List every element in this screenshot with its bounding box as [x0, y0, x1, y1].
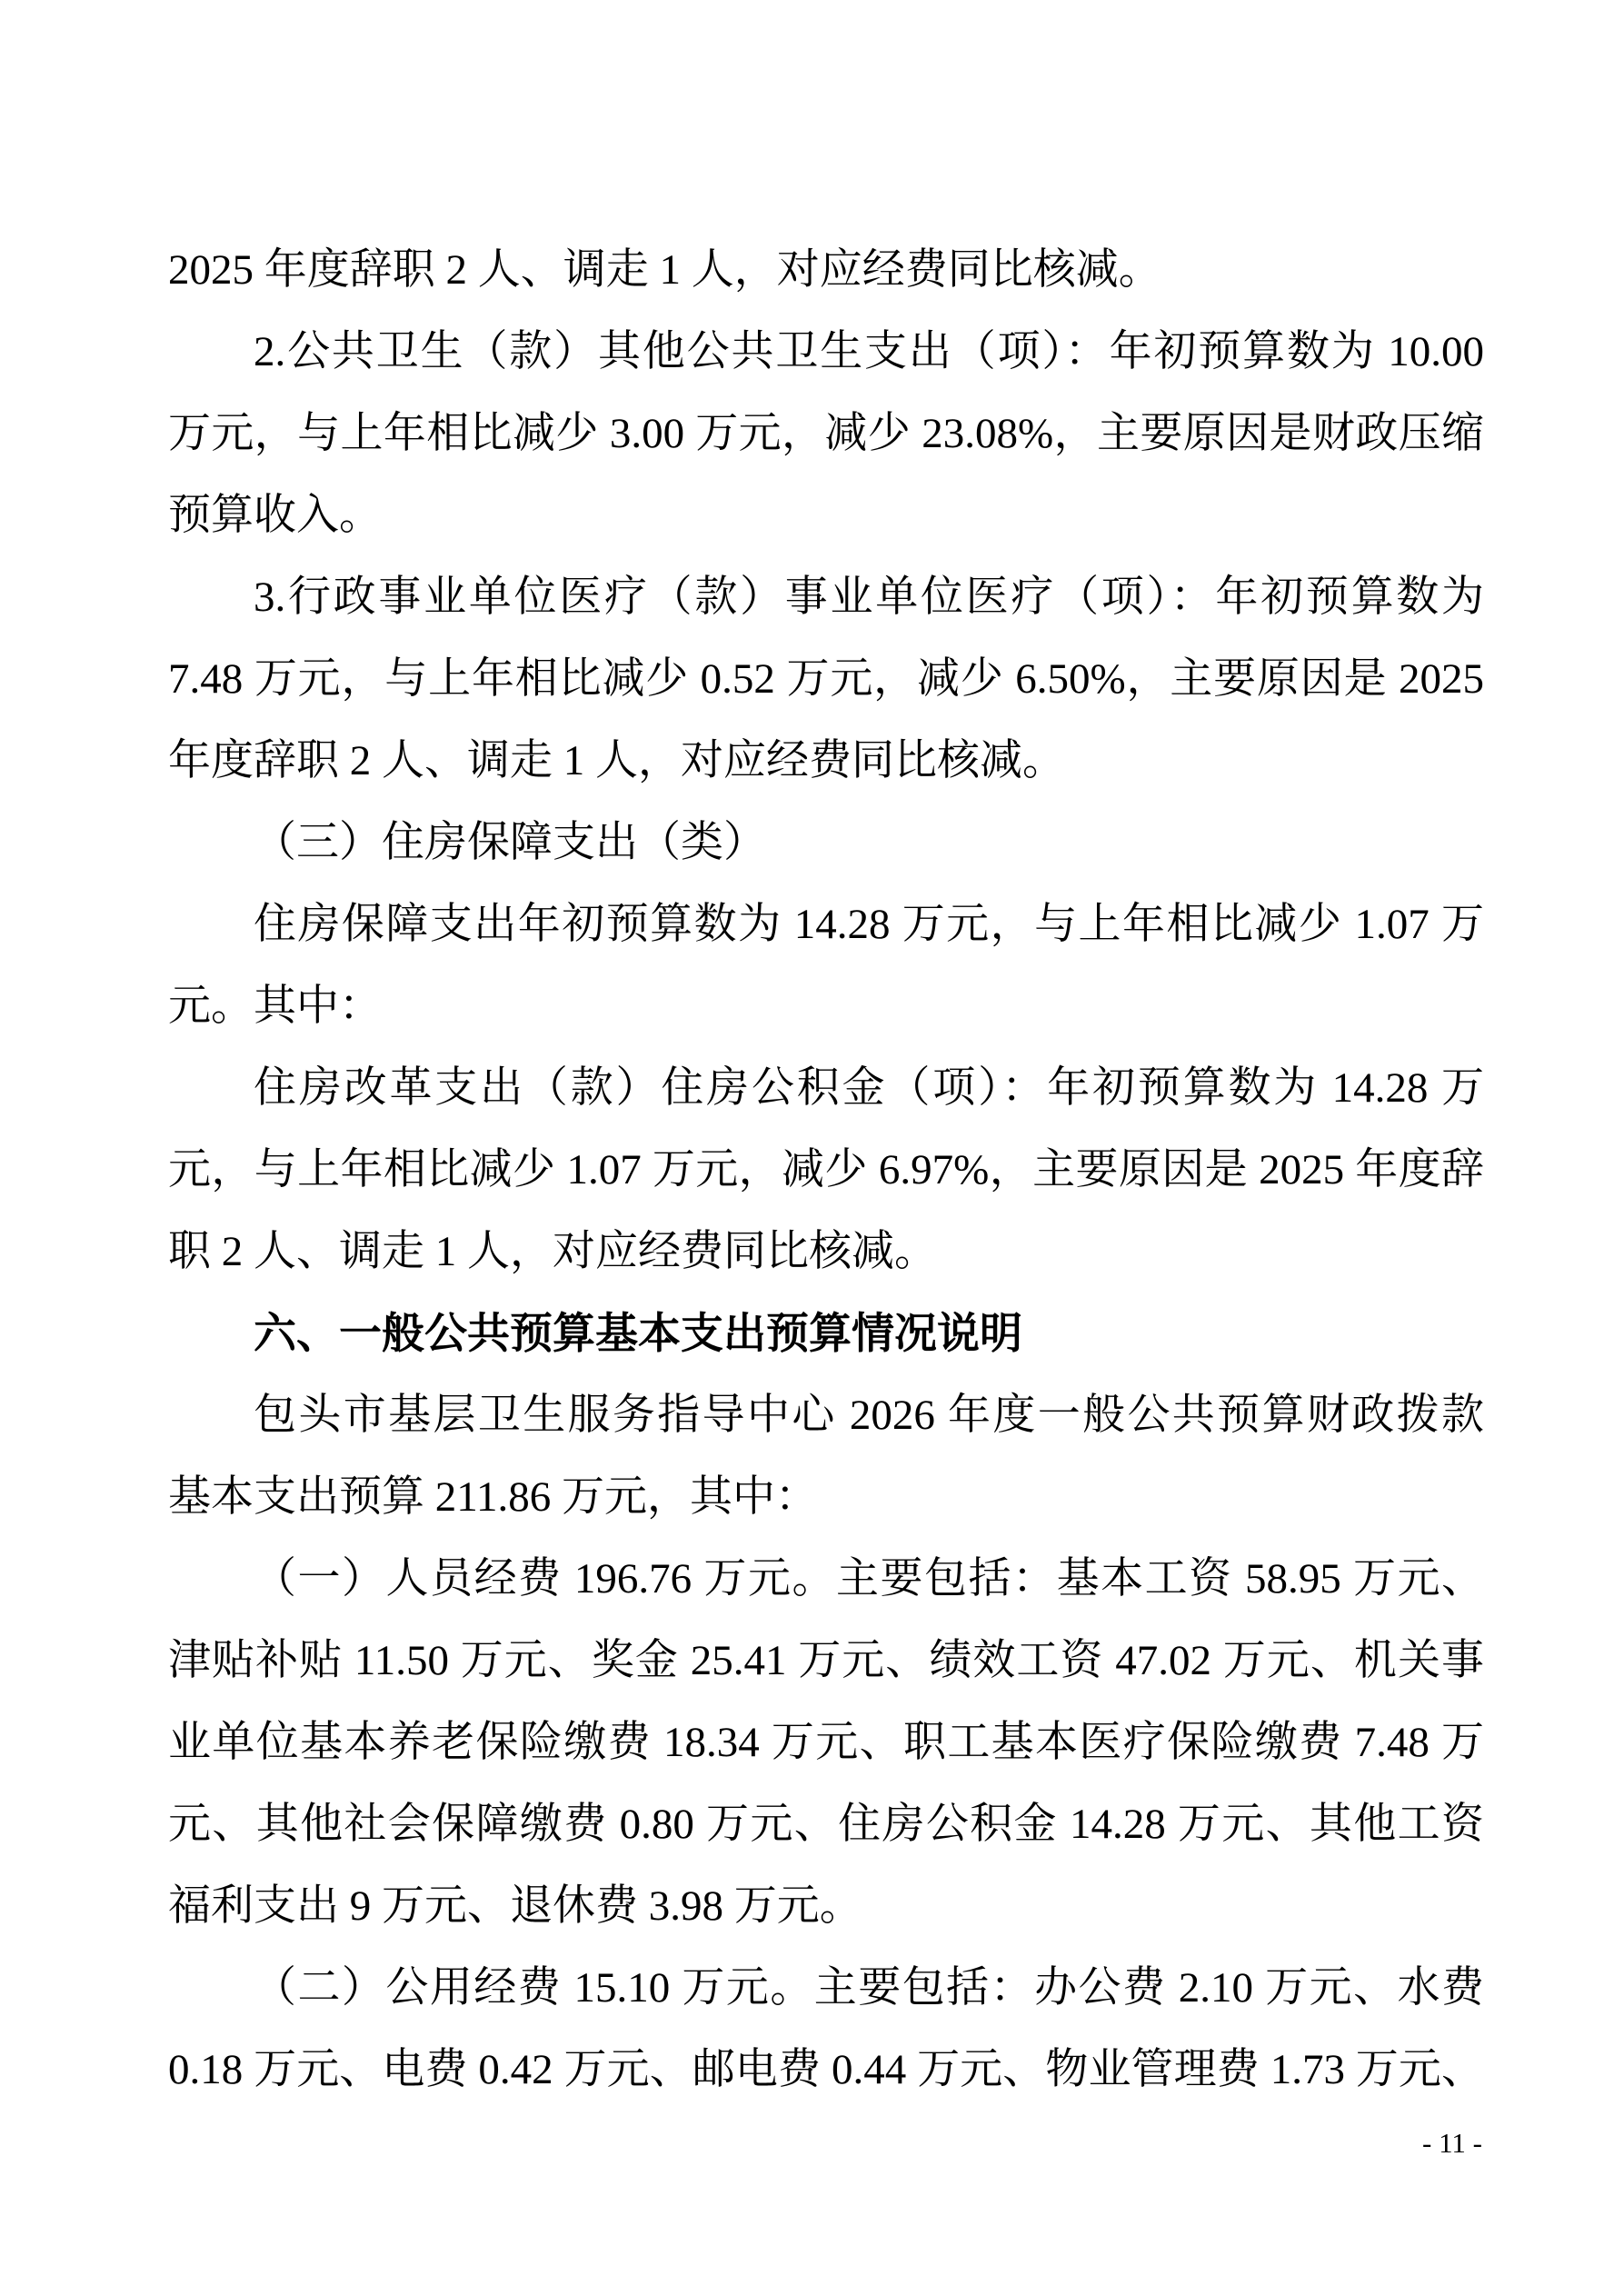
text-line: 2.公共卫生（款）其他公共卫生支出（项）：年初预算数为 10.00	[168, 311, 1484, 393]
text-line: 3.行政事业单位医疗（款）事业单位医疗（项）：年初预算数为	[168, 556, 1484, 638]
text-line: 职 2 人、调走 1 人，对应经费同比核减。	[168, 1211, 1484, 1293]
text-line: （三）住房保障支出（类）	[168, 802, 1484, 883]
document-page: 2025 年度辞职 2 人、调走 1 人，对应经费同比核减。2.公共卫生（款）其…	[0, 0, 1624, 2296]
text-line: 基本支出预算 211.86 万元，其中：	[168, 1456, 1484, 1538]
text-line: 元、其他社会保障缴费 0.80 万元、住房公积金 14.28 万元、其他工资	[168, 1783, 1484, 1865]
text-line: （一）人员经费 196.76 万元。主要包括：基本工资 58.95 万元、	[168, 1538, 1484, 1620]
text-line: 住房改革支出（款）住房公积金（项）：年初预算数为 14.28 万	[168, 1047, 1484, 1129]
text-line: 六、一般公共预算基本支出预算情况说明	[168, 1293, 1484, 1374]
text-line: 业单位基本养老保险缴费 18.34 万元、职工基本医疗保险缴费 7.48 万	[168, 1702, 1484, 1783]
text-line: 年度辞职 2 人、调走 1 人，对应经费同比核减。	[168, 720, 1484, 802]
text-line: 包头市基层卫生服务指导中心 2026 年度一般公共预算财政拨款	[168, 1374, 1484, 1456]
document-body: 2025 年度辞职 2 人、调走 1 人，对应经费同比核减。2.公共卫生（款）其…	[168, 229, 1484, 2111]
text-line: 元。其中：	[168, 965, 1484, 1047]
text-line: 津贴补贴 11.50 万元、奖金 25.41 万元、绩效工资 47.02 万元、…	[168, 1620, 1484, 1702]
text-line: 2025 年度辞职 2 人、调走 1 人，对应经费同比核减。	[168, 229, 1484, 311]
text-line: （二）公用经费 15.10 万元。主要包括：办公费 2.10 万元、水费	[168, 1947, 1484, 2029]
text-line: 0.18 万元、电费 0.42 万元、邮电费 0.44 万元、物业管理费 1.7…	[168, 2029, 1484, 2111]
page-number: - 11 -	[1422, 2127, 1482, 2160]
text-line: 福利支出 9 万元、退休费 3.98 万元。	[168, 1865, 1484, 1947]
text-line: 万元，与上年相比减少 3.00 万元，减少 23.08%，主要原因是财政压缩	[168, 393, 1484, 474]
text-line: 7.48 万元，与上年相比减少 0.52 万元，减少 6.50%，主要原因是 2…	[168, 638, 1484, 720]
text-line: 预算收入。	[168, 474, 1484, 556]
text-line: 住房保障支出年初预算数为 14.28 万元，与上年相比减少 1.07 万	[168, 883, 1484, 965]
text-line: 元，与上年相比减少 1.07 万元，减少 6.97%，主要原因是 2025 年度…	[168, 1129, 1484, 1211]
